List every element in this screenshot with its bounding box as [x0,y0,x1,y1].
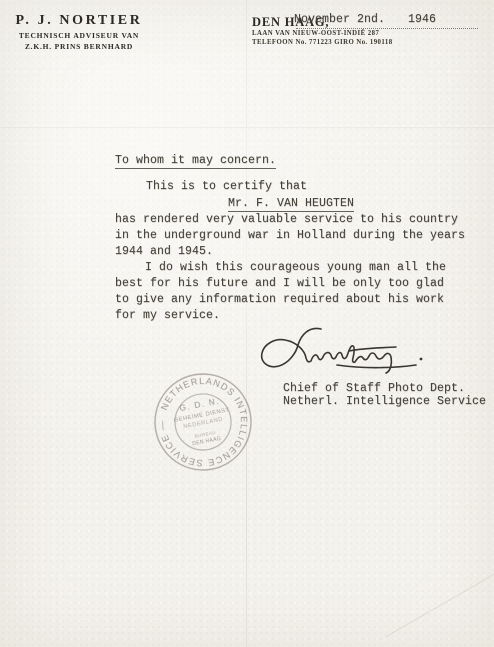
salutation-line: To whom it may concern. [115,154,467,167]
body-line: has rendered very valuable service to hi… [115,213,467,226]
horizontal-fold-crease [0,126,494,128]
letterhead-place-date: DEN HAAG, November 2nd. 1946 [252,13,488,31]
body-line: to give any information required about h… [115,293,467,306]
signoff-title-line1: Chief of Staff Photo Dept. [283,382,465,395]
scanned-letter-page: { "letterhead": { "sender": { "name": "P… [0,0,494,647]
signoff-title-line2: Netherl. Intelligence Service [283,395,486,408]
letterhead-contact: TELEFOON No. 771223 GIRO No. 190118 [252,39,393,46]
body-line: for my service. [115,309,467,322]
sender-title-line2: Z.K.H. PRINS BERNHARD [6,42,152,51]
signature-stroke [262,328,392,373]
vertical-fold-crease [246,0,247,647]
sender-title-line1: TECHNISCH ADVISEUR VAN [6,31,152,40]
typed-date: November 2nd. [294,13,385,26]
certify-line: This is to certify that [115,180,494,193]
body-line: in the underground war in Holland during… [115,229,467,242]
body-line: best for his future and I will be only t… [115,277,467,290]
letterhead-sender-block: P. J. NORTIER TECHNISCH ADVISEUR VAN Z.K… [6,13,152,51]
typed-year: 1946 [408,13,436,26]
subject-name-line: Mr. F. VAN HEUGTEN [115,197,467,210]
sender-name: P. J. NORTIER [6,13,152,29]
salutation-text: To whom it may concern. [115,154,276,169]
signature-crossbar [349,347,396,351]
body-line: I do wish this courageous young man all … [115,261,494,274]
body-line: 1944 and 1945. [115,245,467,258]
signature-dot [420,358,423,361]
letterhead-address: LAAN VAN NIEUW-OOST-INDIË 287 [252,30,379,37]
signature-underline [337,365,416,368]
intelligence-service-stamp: NETHERLANDS INTELLIGENCE SERVICE — G. D.… [115,334,291,510]
diagonal-corner-crease [385,569,494,637]
subject-name: Mr. F. VAN HEUGTEN [228,197,354,212]
scan-vignette [0,0,494,647]
signature-handwriting [255,326,455,384]
